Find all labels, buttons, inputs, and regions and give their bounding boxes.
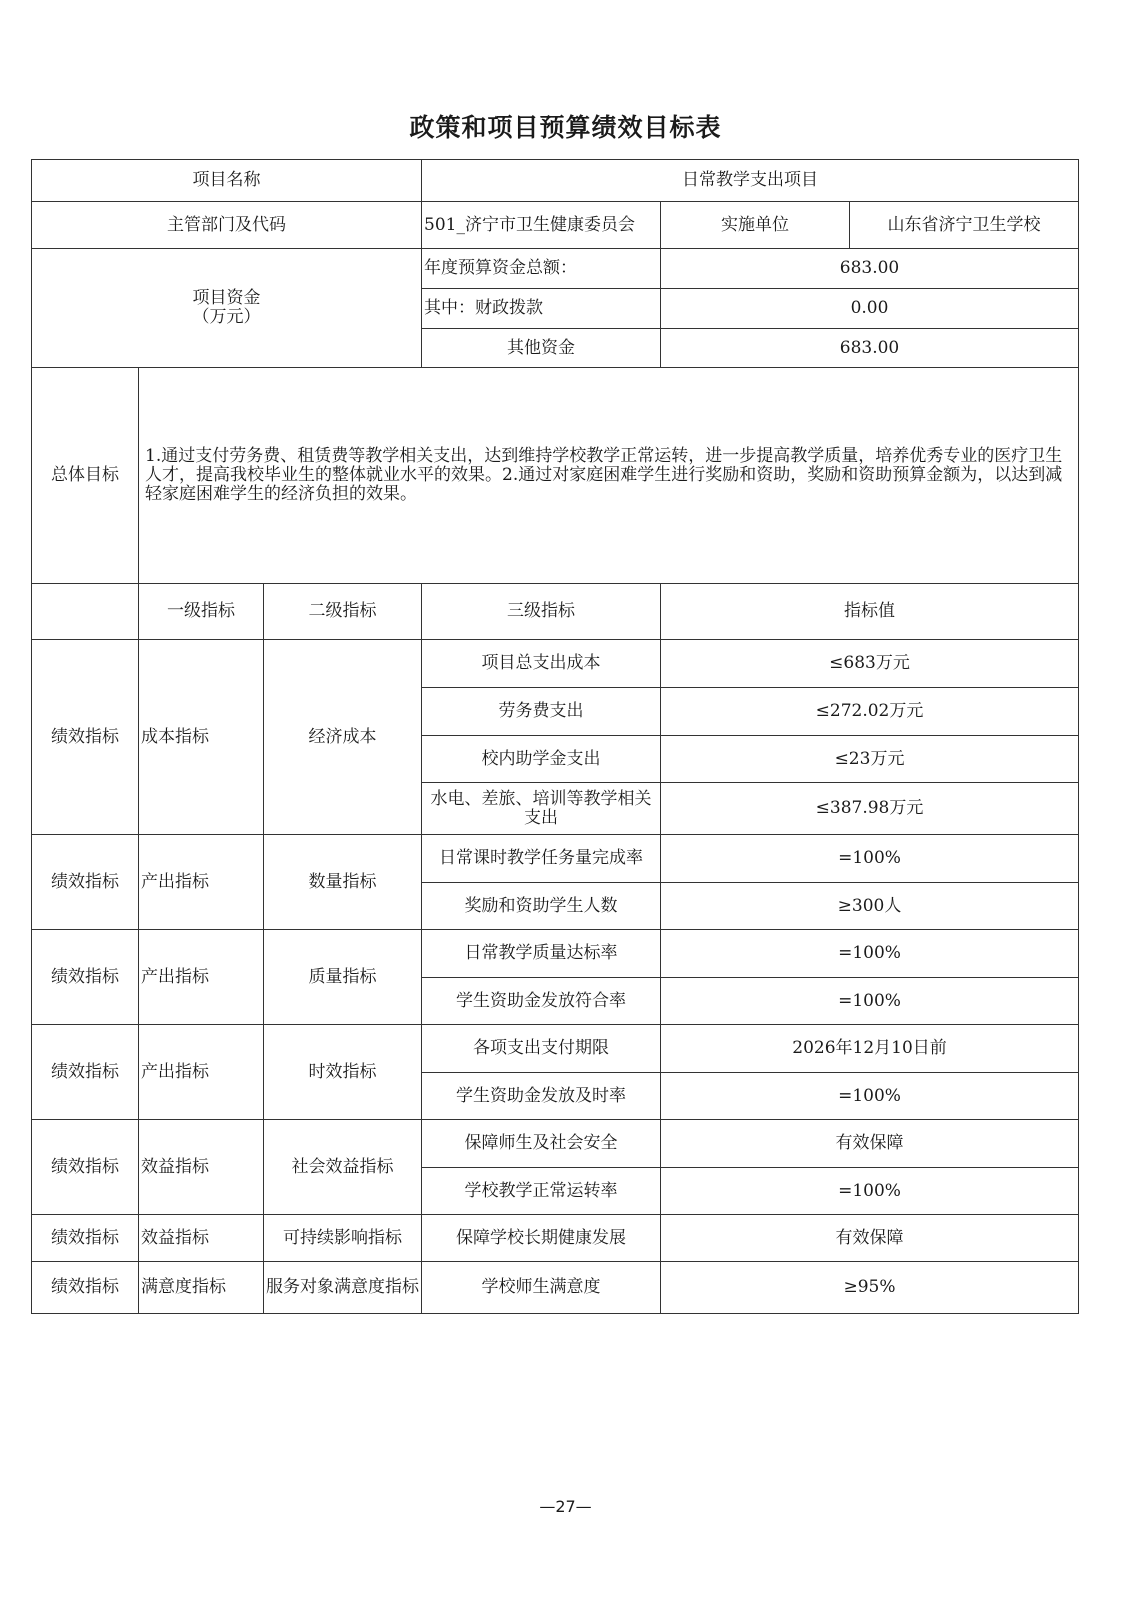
header-level3: 三级指标: [422, 584, 661, 640]
other-funds-value: 683.00: [661, 329, 1079, 368]
fiscal-allocation-value: 0.00: [661, 289, 1079, 329]
indicator-row: 绩效指标 产出指标 质量指标 日常教学质量达标率 =100%: [32, 930, 1079, 978]
indicator-header-row: 一级指标 二级指标 三级指标 指标值: [32, 584, 1079, 640]
page-title: 政策和项目预算绩效目标表: [0, 108, 1131, 144]
annual-budget-label: 年度预算资金总额：: [422, 249, 661, 289]
indicator-level1: 成本指标: [139, 640, 264, 835]
header-level1: 一级指标: [139, 584, 264, 640]
indicator-row: 绩效指标 产出指标 时效指标 各项支出支付期限 2026年12月10日前: [32, 1025, 1079, 1073]
indicator-level3: 学校师生满意度: [422, 1262, 661, 1314]
indicator-value: 有效保障: [661, 1120, 1079, 1168]
indicator-level3: 奖励和资助学生人数: [422, 883, 661, 930]
fiscal-allocation-label: 其中：财政拨款: [422, 289, 661, 329]
department-label: 主管部门及代码: [32, 202, 422, 249]
indicator-category: 绩效指标: [32, 835, 139, 930]
indicator-category: 绩效指标: [32, 930, 139, 1025]
project-name-row: 项目名称 日常教学支出项目: [32, 160, 1079, 202]
indicator-value: =100%: [661, 835, 1079, 883]
funds-row-annual: 项目资金 （万元） 年度预算资金总额： 683.00: [32, 249, 1079, 289]
indicator-level2: 经济成本: [264, 640, 422, 835]
funds-label: 项目资金: [34, 289, 419, 308]
indicator-row: 绩效指标 成本指标 经济成本 项目总支出成本 ≤683万元: [32, 640, 1079, 688]
overall-goal-label: 总体目标: [32, 368, 139, 584]
indicator-level3: 日常教学质量达标率: [422, 930, 661, 978]
performance-target-table: 项目名称 日常教学支出项目 主管部门及代码 501_济宁市卫生健康委员会 实施单…: [31, 159, 1079, 1314]
indicator-level1: 产出指标: [139, 1025, 264, 1120]
project-name-value: 日常教学支出项目: [422, 160, 1079, 202]
indicator-row: 绩效指标 产出指标 数量指标 日常课时教学任务量完成率 =100%: [32, 835, 1079, 883]
indicator-value: =100%: [661, 1073, 1079, 1120]
indicator-level2: 数量指标: [264, 835, 422, 930]
indicator-level3: 学生资助金发放符合率: [422, 978, 661, 1025]
overall-goal-text: 1.通过支付劳务费、租赁费等教学相关支出，达到维持学校教学正常运转，进一步提高教…: [139, 368, 1079, 584]
indicator-level3: 水电、差旅、培训等教学相关支出: [422, 783, 661, 835]
project-funds-label: 项目资金 （万元）: [32, 249, 422, 368]
header-level2: 二级指标: [264, 584, 422, 640]
indicator-level3: 各项支出支付期限: [422, 1025, 661, 1073]
page-number: —27—: [0, 1497, 1131, 1516]
indicator-category: 绩效指标: [32, 1215, 139, 1262]
indicator-category: 绩效指标: [32, 1120, 139, 1215]
indicator-row: 绩效指标 效益指标 社会效益指标 保障师生及社会安全 有效保障: [32, 1120, 1079, 1168]
indicator-value: ≤683万元: [661, 640, 1079, 688]
indicator-level2: 质量指标: [264, 930, 422, 1025]
overall-goal-row: 总体目标 1.通过支付劳务费、租赁费等教学相关支出，达到维持学校教学正常运转，进…: [32, 368, 1079, 584]
indicator-value: ≥300人: [661, 883, 1079, 930]
indicator-value: =100%: [661, 978, 1079, 1025]
indicator-level1: 效益指标: [139, 1215, 264, 1262]
indicator-level1: 产出指标: [139, 930, 264, 1025]
indicator-level2: 可持续影响指标: [264, 1215, 422, 1262]
indicator-level3: 保障师生及社会安全: [422, 1120, 661, 1168]
indicator-level2: 服务对象满意度指标: [264, 1262, 422, 1314]
indicator-level2: 时效指标: [264, 1025, 422, 1120]
indicator-category: 绩效指标: [32, 640, 139, 835]
indicator-value: ≤387.98万元: [661, 783, 1079, 835]
funds-unit: （万元）: [34, 308, 419, 327]
indicator-row: 绩效指标 满意度指标 服务对象满意度指标 学校师生满意度 ≥95%: [32, 1262, 1079, 1314]
header-value: 指标值: [661, 584, 1079, 640]
indicator-level3: 学校教学正常运转率: [422, 1168, 661, 1215]
department-row: 主管部门及代码 501_济宁市卫生健康委员会 实施单位 山东省济宁卫生学校: [32, 202, 1079, 249]
indicator-level1: 产出指标: [139, 835, 264, 930]
indicator-value: 有效保障: [661, 1215, 1079, 1262]
indicator-level3: 劳务费支出: [422, 688, 661, 736]
indicator-category: 绩效指标: [32, 1262, 139, 1314]
other-funds-label: 其他资金: [422, 329, 661, 368]
indicator-value: 2026年12月10日前: [661, 1025, 1079, 1073]
implementing-unit-value: 山东省济宁卫生学校: [850, 202, 1079, 249]
project-name-label: 项目名称: [32, 160, 422, 202]
indicator-row: 绩效指标 效益指标 可持续影响指标 保障学校长期健康发展 有效保障: [32, 1215, 1079, 1262]
indicator-value: ≤272.02万元: [661, 688, 1079, 736]
indicator-level3: 日常课时教学任务量完成率: [422, 835, 661, 883]
indicator-category: 绩效指标: [32, 1025, 139, 1120]
indicator-value: ≥95%: [661, 1262, 1079, 1314]
indicator-level3: 校内助学金支出: [422, 736, 661, 783]
indicator-value: =100%: [661, 930, 1079, 978]
annual-budget-value: 683.00: [661, 249, 1079, 289]
indicator-level3: 项目总支出成本: [422, 640, 661, 688]
indicator-value: ≤23万元: [661, 736, 1079, 783]
indicator-level1: 效益指标: [139, 1120, 264, 1215]
indicator-level3: 保障学校长期健康发展: [422, 1215, 661, 1262]
header-blank: [32, 584, 139, 640]
implementing-unit-label: 实施单位: [661, 202, 850, 249]
department-value: 501_济宁市卫生健康委员会: [422, 202, 661, 249]
indicator-level3: 学生资助金发放及时率: [422, 1073, 661, 1120]
indicator-level1: 满意度指标: [139, 1262, 264, 1314]
indicator-value: =100%: [661, 1168, 1079, 1215]
indicator-level2: 社会效益指标: [264, 1120, 422, 1215]
